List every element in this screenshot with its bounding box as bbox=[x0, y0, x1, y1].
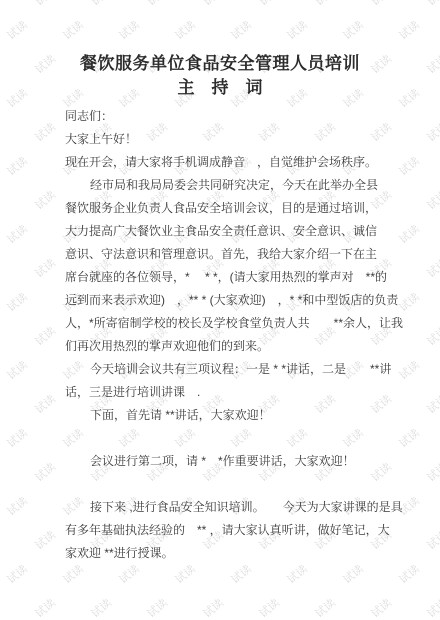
text-line bbox=[65, 473, 380, 496]
text-line: 们再次用热烈的掌声欢迎他们的到来。 bbox=[65, 335, 380, 358]
text-line: 经市局和我局局委会共同研究决定，今天在此举办全县 bbox=[65, 174, 380, 197]
text-line: 意识、守法意识和管理意识。首先，我给大家介绍一下在主 bbox=[65, 243, 380, 266]
text-line: 人，*所寄宿制学校的校长及学校食堂负责人共 **余人，让我 bbox=[65, 312, 380, 335]
doc-title: 餐饮服务单位食品安全管理人员培训 bbox=[0, 52, 440, 76]
text-line: 接下来 ,进行食品安全知识培训。 今天为大家讲课的是具 bbox=[65, 496, 380, 519]
watermark-text: 试读 bbox=[87, 595, 114, 620]
watermark-text: 试读 bbox=[423, 595, 440, 620]
watermark-text: 试读 bbox=[199, 595, 226, 620]
text-line: 今天培训会议共有三项议程：一是 * *讲话，二是 **讲 bbox=[65, 358, 380, 381]
text-line: 会议进行第二项，请 * *作重要讲话，大家欢迎！ bbox=[65, 450, 380, 473]
doc-body: 同志们：大家上午好！现在开会，请大家将手机调成静音 ，自觉维护会场秩序。经市局和… bbox=[0, 105, 440, 565]
text-line: 席台就座的各位领导，* * *，(请大家用热烈的掌声对 **的 bbox=[65, 266, 380, 289]
doc-subtitle: 主 持 词 bbox=[0, 76, 440, 100]
watermark-text: 试读 bbox=[367, 595, 394, 620]
text-line bbox=[65, 427, 380, 450]
watermark-text: 试读 bbox=[31, 595, 58, 620]
text-line: 现在开会，请大家将手机调成静音 ，自觉维护会场秩序。 bbox=[65, 151, 380, 174]
watermark-text: 试读 bbox=[311, 595, 338, 620]
watermark-text: 试读 bbox=[143, 595, 170, 620]
text-line: 大家上午好！ bbox=[65, 128, 380, 151]
text-line: 餐饮服务企业负责人食品安全培训会议，目的是通过培训， bbox=[65, 197, 380, 220]
text-line: 话，三是进行培训讲课 . bbox=[65, 381, 380, 404]
document-page: 试读试读试读试读试读试读试读试读试读试读试读试读试读试读试读试读试读试读试读试读… bbox=[0, 0, 440, 620]
text-line: 同志们： bbox=[65, 105, 380, 128]
text-line: 有多年基础执法经验的 ** ，请大家认真听讲，做好笔记，大 bbox=[65, 519, 380, 542]
text-line: 家欢迎 **进行授课。 bbox=[65, 542, 380, 565]
watermark-text: 试读 bbox=[255, 595, 282, 620]
watermark-text: 试读 bbox=[0, 595, 3, 620]
text-line: 远到而来表示欢迎) ，** * (大家欢迎) ，* *和中型饭店的负责 bbox=[65, 289, 380, 312]
text-line: 下面，首先请 **讲话，大家欢迎！ bbox=[65, 404, 380, 427]
document-content: 餐饮服务单位食品安全管理人员培训 主 持 词 同志们：大家上午好！现在开会，请大… bbox=[0, 0, 440, 565]
text-line: 大力提高广大餐饮业主食品安全责任意识、安全意识、诚信 bbox=[65, 220, 380, 243]
